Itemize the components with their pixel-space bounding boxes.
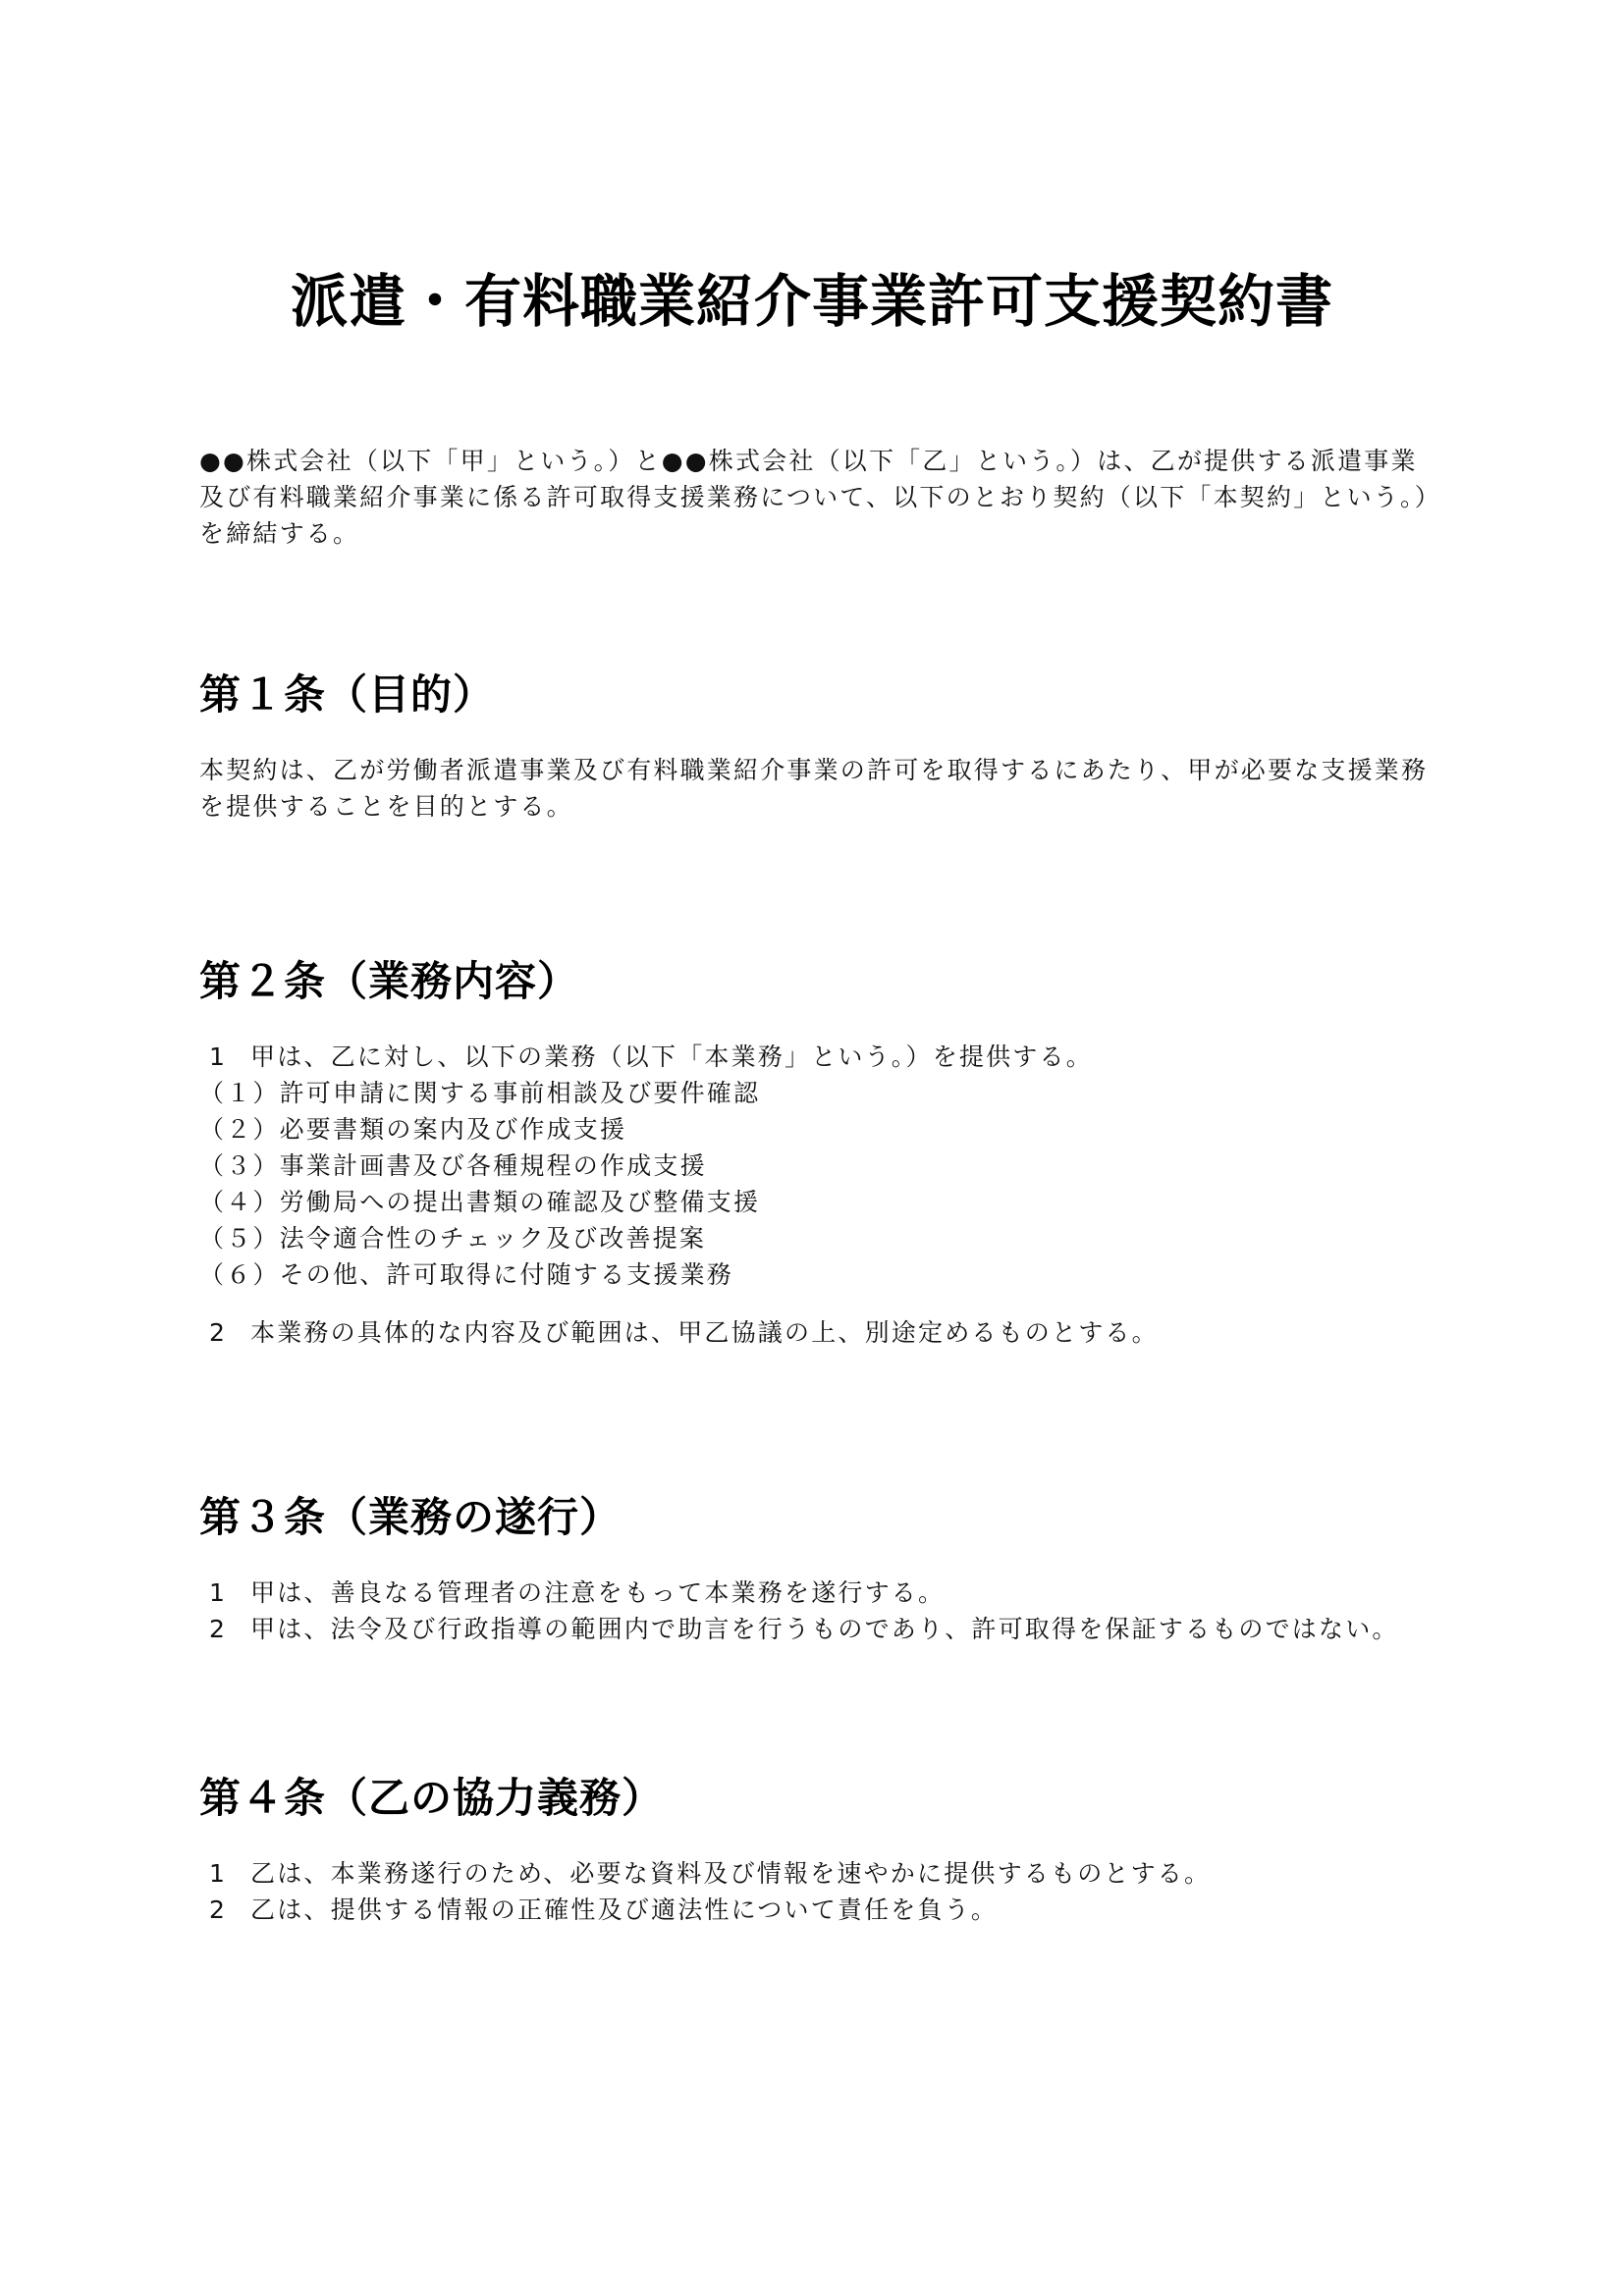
clause-text: 乙は、本業務遂行のため、必要な資料及び情報を速やかに提供するものとする。 (250, 1859, 1211, 1888)
clause-number: 1 (199, 1039, 250, 1075)
clause-number: 2 (199, 1892, 250, 1928)
article-heading: 第３条（業務の遂行） (199, 1490, 1446, 1545)
clause: 2本業務の具体的な内容及び範囲は、甲乙協議の上、別途定めるものとする。 (199, 1314, 1446, 1351)
article-clauses: 1乙は、本業務遂行のため、必要な資料及び情報を速やかに提供するものとする。 2乙… (199, 1855, 1446, 1928)
document-title: 派遣・有料職業紹介事業許可支援契約書 (0, 267, 1624, 336)
document-page: 派遣・有料職業紹介事業許可支援契約書 ●●株式会社（以下「甲」という。）と●●株… (0, 0, 1624, 2296)
list-item: （３）事業計画書及び各種規程の作成支援 (199, 1148, 1446, 1184)
list-item: （６）その他、許可取得に付随する支援業務 (199, 1256, 1446, 1293)
article-4: 第４条（乙の協力義務） 1乙は、本業務遂行のため、必要な資料及び情報を速やかに提… (199, 1771, 1446, 1928)
list-item: （１）許可申請に関する事前相談及び要件確認 (199, 1075, 1446, 1111)
article-3: 第３条（業務の遂行） 1甲は、善良なる管理者の注意をもって本業務を遂行する。 2… (199, 1490, 1446, 1647)
list-item: （５）法令適合性のチェック及び改善提案 (199, 1220, 1446, 1256)
article-heading: 第１条（目的） (199, 667, 1446, 722)
clause-text: 甲は、法令及び行政指導の範囲内で助言を行うものであり、許可取得を保証するものでは… (250, 1615, 1399, 1643)
clause: 1甲は、乙に対し、以下の業務（以下「本業務」という。）を提供する。 (199, 1039, 1446, 1075)
article-2: 第２条（業務内容） 1甲は、乙に対し、以下の業務（以下「本業務」という。）を提供… (199, 954, 1446, 1351)
article-clauses: 1甲は、善良なる管理者の注意をもって本業務を遂行する。 2甲は、法令及び行政指導… (199, 1575, 1446, 1647)
clause: 1甲は、善良なる管理者の注意をもって本業務を遂行する。 (199, 1575, 1446, 1611)
article-heading: 第２条（業務内容） (199, 954, 1446, 1009)
list-item: （４）労働局への提出書類の確認及び整備支援 (199, 1184, 1446, 1220)
article-clauses: 1甲は、乙に対し、以下の業務（以下「本業務」という。）を提供する。 （１）許可申… (199, 1039, 1446, 1351)
clause-number: 2 (199, 1314, 250, 1351)
clause-number: 2 (199, 1611, 250, 1647)
clause-number: 1 (199, 1575, 250, 1611)
clause-text: 甲は、善良なる管理者の注意をもって本業務を遂行する。 (250, 1578, 945, 1607)
clause-text: 乙は、提供する情報の正確性及び適法性について責任を負う。 (250, 1896, 998, 1924)
clause-number: 1 (199, 1855, 250, 1892)
preamble-paragraph: ●●株式会社（以下「甲」という。）と●●株式会社（以下「乙」という。）は、乙が提… (199, 443, 1436, 552)
clause: 1乙は、本業務遂行のため、必要な資料及び情報を速やかに提供するものとする。 (199, 1855, 1446, 1892)
clause-text: 本業務の具体的な内容及び範囲は、甲乙協議の上、別途定めるものとする。 (250, 1318, 1159, 1347)
clause: 2乙は、提供する情報の正確性及び適法性について責任を負う。 (199, 1892, 1446, 1928)
article-1: 第１条（目的） 本契約は、乙が労働者派遣事業及び有料職業紹介事業の許可を取得する… (199, 667, 1446, 825)
article-heading: 第４条（乙の協力義務） (199, 1771, 1446, 1826)
list-item: （２）必要書類の案内及び作成支援 (199, 1111, 1446, 1148)
clause-text: 甲は、乙に対し、以下の業務（以下「本業務」という。）を提供する。 (250, 1042, 1093, 1071)
clause: 2甲は、法令及び行政指導の範囲内で助言を行うものであり、許可取得を保証するもので… (199, 1611, 1446, 1647)
article-body: 本契約は、乙が労働者派遣事業及び有料職業紹介事業の許可を取得するにあたり、甲が必… (199, 752, 1446, 825)
